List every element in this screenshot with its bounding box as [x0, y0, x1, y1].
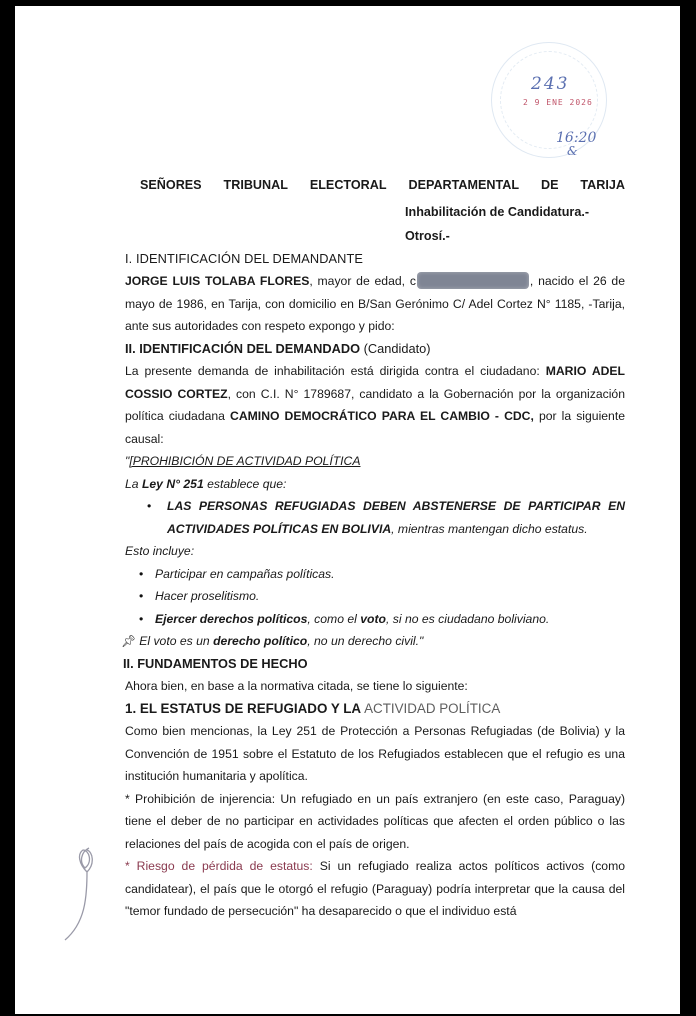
- quote-title-text: [PROHIBICIÓN DE ACTIVIDAD POLÍTICA: [129, 454, 360, 468]
- includes-item-text: , si no es ciudadano boliviano.: [386, 612, 549, 626]
- section-2-heading: II. IDENTIFICACIÓN DEL DEMANDADO (Candid…: [125, 338, 625, 361]
- law-bullet-rest: , mientras mantengan dicho estatus.: [391, 522, 587, 536]
- addressee-word: DE: [541, 174, 559, 197]
- note-bold: derecho político: [213, 634, 307, 648]
- defendant-text-a: La presente demanda de inhabilitación es…: [125, 364, 546, 378]
- includes-item-bold: voto: [360, 612, 386, 626]
- addressee-word: ELECTORAL: [310, 174, 387, 197]
- defendant-organization: CAMINO DEMOCRÁTICO PARA EL CAMBIO - CDC,: [230, 409, 534, 423]
- facts-paragraph-3-label: * Riesgo de pérdida de estatus:: [125, 859, 313, 873]
- plaintiff-name: JORGE LUIS TOLABA FLORES: [125, 274, 309, 288]
- includes-label: Esto incluye:: [125, 540, 625, 563]
- facts-paragraph-2: * Prohibición de injerencia: Un refugiad…: [125, 788, 625, 856]
- plaintiff-paragraph: JORGE LUIS TOLABA FLORES, mayor de edad,…: [125, 270, 625, 338]
- stamp-date: 2 9 ENE 2026: [523, 98, 593, 107]
- defendant-paragraph: La presente demanda de inhabilitación es…: [125, 360, 625, 450]
- plaintiff-text-a: , mayor de edad, c: [309, 274, 416, 288]
- handwritten-signature-mark: [59, 828, 119, 948]
- law-intro: La Ley N° 251 establece que:: [125, 473, 625, 496]
- facts-subheading: 1. EL ESTATUS DE REFUGIADO Y LA ACTIVIDA…: [125, 698, 625, 721]
- law-name: Ley N° 251: [142, 477, 204, 491]
- pushpin-icon: 📌︎: [121, 634, 136, 648]
- quote-title: "[PROHIBICIÓN DE ACTIVIDAD POLÍTICA: [125, 450, 625, 473]
- law-text-a: La: [125, 477, 142, 491]
- addressee-word: TRIBUNAL: [224, 174, 288, 197]
- note-text-b: , no un derecho civil.": [307, 634, 423, 648]
- includes-item: Hacer proselitismo.: [125, 585, 625, 608]
- document-body: SEÑORES TRIBUNAL ELECTORAL DEPARTAMENTAL…: [125, 174, 625, 923]
- section-1-heading-text: I. IDENTIFICACIÓN DEL DEMANDANTE: [125, 251, 363, 266]
- includes-item: Participar en campañas políticas.: [125, 563, 625, 586]
- note-line: 📌︎El voto es un derecho político, no un …: [121, 630, 625, 653]
- includes-list: Participar en campañas políticas. Hacer …: [125, 563, 625, 631]
- facts-paragraph-1: Como bien mencionas, la Ley 251 de Prote…: [125, 720, 625, 788]
- law-bullet-list: LAS PERSONAS REFUGIADAS DEBEN ABSTENERSE…: [125, 495, 625, 540]
- addressee-line: SEÑORES TRIBUNAL ELECTORAL DEPARTAMENTAL…: [125, 174, 625, 197]
- section-2-heading-text: II. IDENTIFICACIÓN DEL DEMANDADO: [125, 341, 360, 356]
- law-bullet: LAS PERSONAS REFUGIADAS DEBEN ABSTENERSE…: [125, 495, 625, 540]
- stamp-handwritten-mark: &: [567, 144, 578, 158]
- stamp-number: 243: [531, 74, 569, 94]
- facts-subheading-light: ACTIVIDAD POLÍTICA: [361, 701, 500, 716]
- includes-item-text: , como el: [307, 612, 360, 626]
- addressee-word: TARIJA: [580, 174, 625, 197]
- law-text-c: establece que:: [204, 477, 287, 491]
- section-1-heading: I. IDENTIFICACIÓN DEL DEMANDANTE: [125, 248, 625, 271]
- document-page: 243 2 9 ENE 2026 16:20 & SEÑORES TRIBUNA…: [15, 6, 680, 1014]
- section-3-heading: II. FUNDAMENTOS DE HECHO: [123, 653, 625, 676]
- facts-subheading-bold: 1. EL ESTATUS DE REFUGIADO Y LA: [125, 701, 361, 716]
- subject-line-1: Inhabilitación de Candidatura.-: [125, 201, 625, 224]
- includes-item: Ejercer derechos políticos, como el voto…: [125, 608, 625, 631]
- addressee-word: DEPARTAMENTAL: [409, 174, 520, 197]
- includes-item-text: Participar en campañas políticas.: [155, 567, 335, 581]
- note-text-a: El voto es un: [139, 634, 213, 648]
- addressee-word: SEÑORES: [140, 174, 202, 197]
- section-2-heading-suffix: (Candidato): [364, 341, 431, 356]
- subject-line-2: Otrosí.-: [125, 225, 625, 248]
- includes-item-text: Hacer proselitismo.: [155, 589, 259, 603]
- facts-intro: Ahora bien, en base a la normativa citad…: [125, 675, 625, 698]
- includes-item-bold: Ejercer derechos políticos: [155, 612, 307, 626]
- facts-paragraph-3: * Riesgo de pérdida de estatus: Si un re…: [125, 855, 625, 923]
- redacted-id-box: [417, 272, 529, 289]
